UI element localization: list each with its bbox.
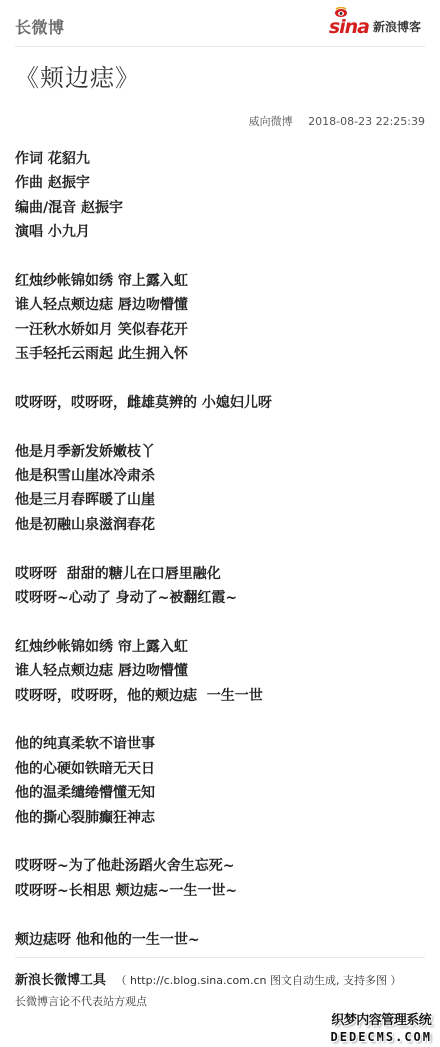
- lyric-line: 他是初融山泉滋润春花: [15, 513, 425, 537]
- lyric-line: 哎呀呀，哎呀呀，他的颊边痣 一生一世: [15, 684, 425, 708]
- lyric-line: 哎呀呀~为了他赴汤蹈火舍生忘死~: [15, 854, 425, 878]
- publish-timestamp: 2018-08-23 22:25:39: [308, 115, 425, 128]
- lyric-line: 哎呀呀~长相思 颊边痣~一生一世~: [15, 879, 425, 903]
- lyric-line: 他是月季新发娇嫩枝丫: [15, 440, 425, 464]
- stanza-break: [15, 610, 425, 634]
- tool-description: （ http://c.blog.sina.com.cn 图文自动生成, 支持多图…: [116, 974, 402, 987]
- footer: 新浪长微博工具 （ http://c.blog.sina.com.cn 图文自动…: [15, 957, 425, 958]
- lyric-line: 他是三月春晖暖了山崖: [15, 488, 425, 512]
- tool-name-link[interactable]: 新浪长微博工具: [15, 973, 106, 988]
- stanza-break: [15, 708, 425, 732]
- lyric-line: 哎呀呀，哎呀呀，雌雄莫辨的 小媳妇儿呀: [15, 391, 425, 415]
- stanza-break: [15, 245, 425, 269]
- dedecms-watermark: 织梦内容管理系统 DEDECMS.COM: [331, 1013, 432, 1045]
- stanza-break: [15, 367, 425, 391]
- lyric-line: 哎呀呀 甜甜的糖儿在口唇里融化: [15, 562, 425, 586]
- sina-blog-text: 新浪博客: [373, 17, 421, 37]
- author-name[interactable]: 威向微博: [249, 115, 293, 128]
- lyric-line: 他是积雪山崖冰冷肃杀: [15, 464, 425, 488]
- lyrics-body: 作词 花貂九作曲 赵振宇编曲/混音 赵振宇演唱 小九月红烛纱帐锦如绣 帘上露入虹…: [15, 147, 425, 952]
- stanza-break: [15, 903, 425, 927]
- lyric-line: 他的纯真柔软不谙世事: [15, 732, 425, 756]
- brand-title: 长微博: [15, 15, 65, 38]
- article-title: 《颊边痣》: [15, 58, 140, 93]
- sina-eye-icon: [334, 7, 348, 17]
- lyric-line: 他的心硬如铁暗无天日: [15, 757, 425, 781]
- stanza-break: [15, 537, 425, 561]
- footer-tool-info: 新浪长微博工具 （ http://c.blog.sina.com.cn 图文自动…: [15, 969, 402, 988]
- lyric-line: 谁人轻点颊边痣 唇边吻懵懂: [15, 659, 425, 683]
- stanza-break: [15, 830, 425, 854]
- sina-wordmark: sina: [329, 17, 369, 37]
- lyric-line: 他的撕心裂肺癫狂神志: [15, 806, 425, 830]
- lyric-line: 红烛纱帐锦如绣 帘上露入虹: [15, 635, 425, 659]
- lyric-line: 红烛纱帐锦如绣 帘上露入虹: [15, 269, 425, 293]
- lyric-line: 哎呀呀~心动了 身动了~被翻红霞~: [15, 586, 425, 610]
- watermark-en: DEDECMS.COM: [331, 1029, 432, 1045]
- lyric-line: 作曲 赵振宇: [15, 171, 425, 195]
- lyric-line: 谁人轻点颊边痣 唇边吻懵懂: [15, 293, 425, 317]
- stanza-break: [15, 415, 425, 439]
- header: 长微博 sina 新浪博客: [15, 0, 425, 47]
- watermark-cn: 织梦内容管理系统: [331, 1013, 432, 1029]
- lyric-line: 颊边痣呀 他和他的一生一世~: [15, 928, 425, 952]
- disclaimer: 长微博言论不代表站方观点: [15, 993, 147, 1009]
- lyric-line: 一汪秋水娇如月 笑似春花开: [15, 318, 425, 342]
- lyric-line: 作词 花貂九: [15, 147, 425, 171]
- lyric-line: 他的温柔缱绻懵懂无知: [15, 781, 425, 805]
- lyric-line: 编曲/混音 赵振宇: [15, 196, 425, 220]
- lyric-line: 演唱 小九月: [15, 220, 425, 244]
- lyric-line: 玉手轻托云雨起 此生拥入怀: [15, 342, 425, 366]
- article-meta: 威向微博 2018-08-23 22:25:39: [249, 113, 425, 129]
- sina-blog-logo[interactable]: sina 新浪博客: [329, 9, 421, 37]
